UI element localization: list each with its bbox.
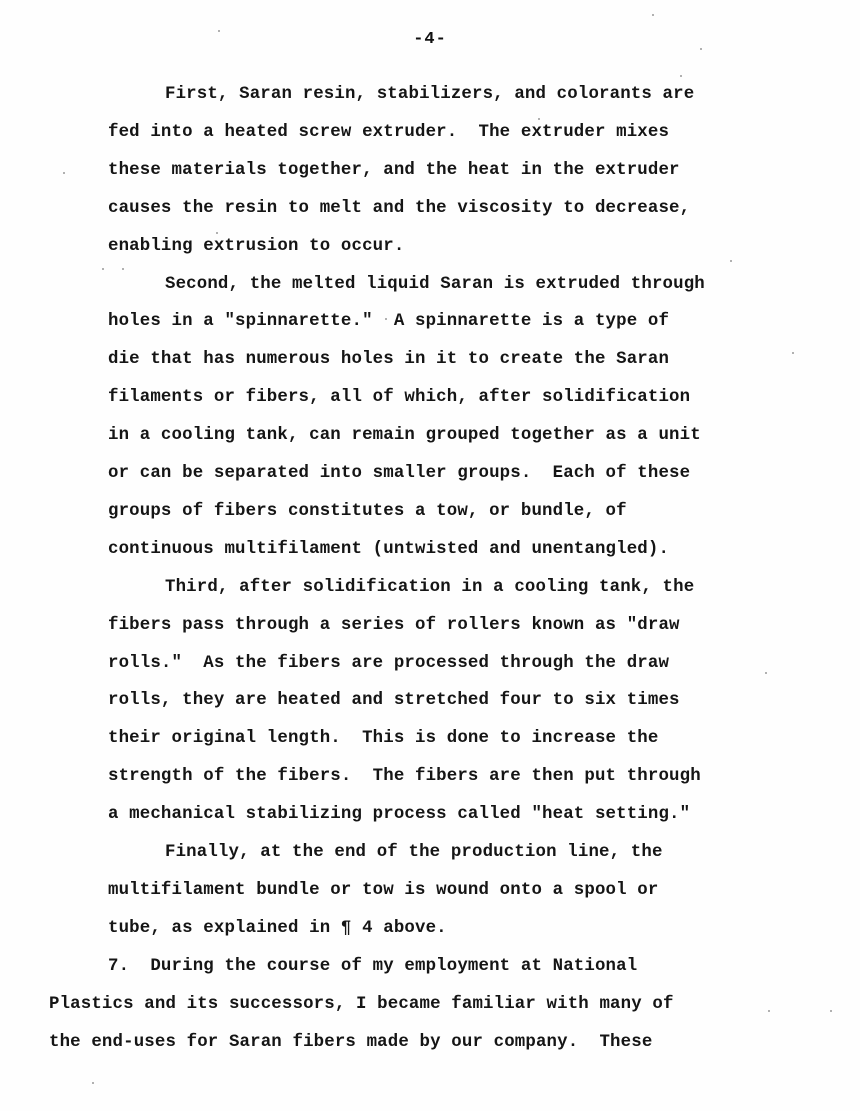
text-line: rolls." As the fibers are processed thro… xyxy=(108,654,669,674)
scan-speck xyxy=(680,75,682,77)
text-line: fibers pass through a series of rollers … xyxy=(108,616,680,636)
text-line: in a cooling tank, can remain grouped to… xyxy=(108,426,701,446)
scan-speck xyxy=(765,672,767,674)
text-line: groups of fibers constitutes a tow, or b… xyxy=(108,502,627,522)
scan-speck xyxy=(218,30,220,32)
scan-speck xyxy=(792,352,794,354)
text-line: Second, the melted liquid Saran is extru… xyxy=(165,275,705,295)
text-line: these materials together, and the heat i… xyxy=(108,161,680,181)
scan-speck xyxy=(830,1010,832,1012)
scan-speck xyxy=(700,48,702,50)
text-line: holes in a "spinnarette." A spinnarette … xyxy=(108,312,669,332)
scan-speck xyxy=(385,318,387,320)
text-line: fed into a heated screw extruder. The ex… xyxy=(108,123,669,143)
document-page: -4- First, Saran resin, stabilizers, and… xyxy=(0,0,860,1111)
text-line: the end-uses for Saran fibers made by ou… xyxy=(49,1033,652,1053)
text-line: die that has numerous holes in it to cre… xyxy=(108,350,669,370)
scan-speck xyxy=(652,14,654,16)
text-line: strength of the fibers. The fibers are t… xyxy=(108,767,701,787)
text-line: their original length. This is done to i… xyxy=(108,729,658,749)
text-line: tube, as explained in ¶ 4 above. xyxy=(108,919,447,939)
text-line: rolls, they are heated and stretched fou… xyxy=(108,691,680,711)
text-line: causes the resin to melt and the viscosi… xyxy=(108,199,690,219)
scan-speck xyxy=(538,118,540,120)
scan-speck xyxy=(122,268,124,270)
scan-speck xyxy=(730,260,732,262)
text-line: enabling extrusion to occur. xyxy=(108,237,404,257)
page-number: -4- xyxy=(0,30,860,49)
scan-speck xyxy=(216,232,218,234)
scan-speck xyxy=(92,1082,94,1084)
scan-speck xyxy=(63,172,65,174)
scan-speck xyxy=(768,1010,770,1012)
scan-speck xyxy=(102,268,104,270)
text-line: First, Saran resin, stabilizers, and col… xyxy=(165,85,694,105)
text-line: filaments or fibers, all of which, after… xyxy=(108,388,690,408)
text-line: a mechanical stabilizing process called … xyxy=(108,805,690,825)
text-line: Third, after solidification in a cooling… xyxy=(165,578,694,598)
text-line: multifilament bundle or tow is wound ont… xyxy=(108,881,658,901)
text-line: continuous multifilament (untwisted and … xyxy=(108,540,669,560)
text-line: 7. During the course of my employment at… xyxy=(108,957,637,977)
text-line: or can be separated into smaller groups.… xyxy=(108,464,690,484)
text-line: Plastics and its successors, I became fa… xyxy=(49,995,674,1015)
text-line: Finally, at the end of the production li… xyxy=(165,843,663,863)
